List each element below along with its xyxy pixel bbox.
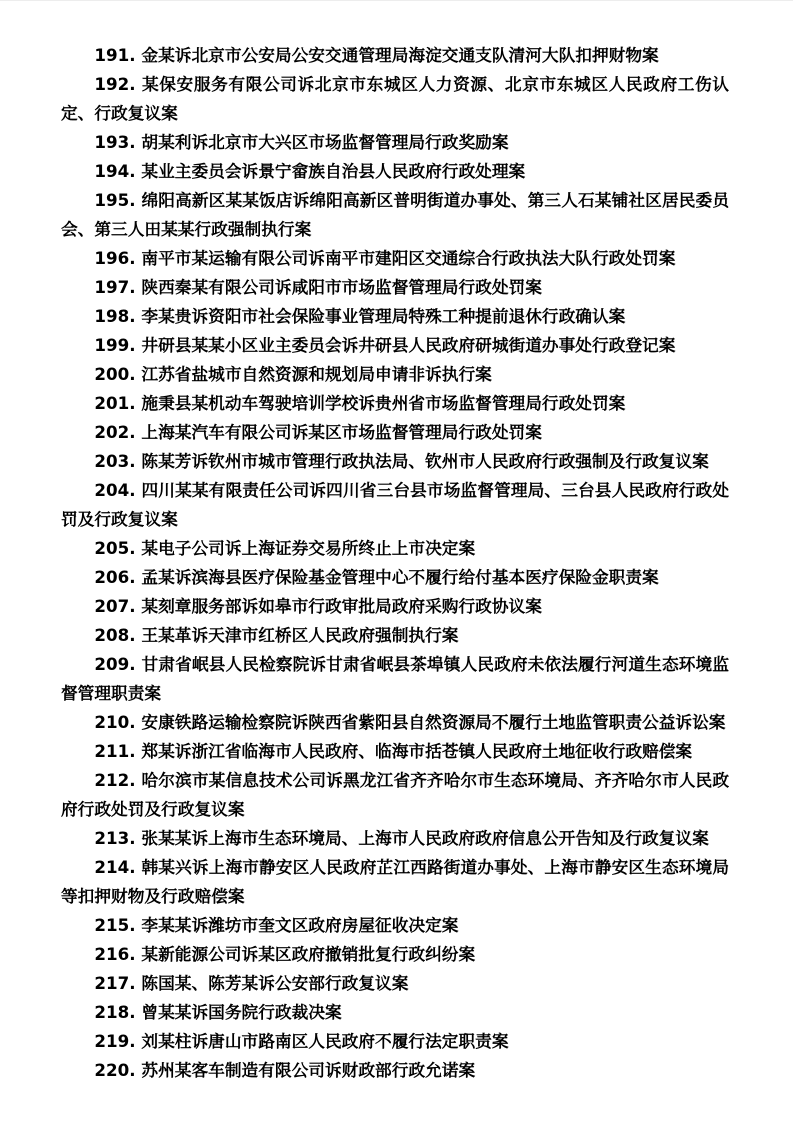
case-title: 上海某汽车有限公司诉某区市场监督管理局行政处罚案: [141, 422, 542, 442]
case-title: 刘某柱诉唐山市路南区人民政府不履行法定职责案: [141, 1031, 508, 1051]
case-item: 208. 王某革诉天津市红桥区人民政府强制执行案: [61, 621, 729, 650]
case-number: 193.: [94, 132, 135, 152]
case-number: 197.: [94, 277, 135, 297]
case-item: 191. 金某诉北京市公安局公安交通管理局海淀交通支队清河大队扣押财物案: [61, 41, 729, 70]
case-number: 214.: [94, 857, 135, 877]
case-list: 191. 金某诉北京市公安局公安交通管理局海淀交通支队清河大队扣押财物案192.…: [61, 41, 729, 1085]
case-title: 安康铁路运输检察院诉陕西省紫阳县自然资源局不履行土地监管职责公益诉讼案: [141, 712, 725, 732]
case-item: 200. 江苏省盐城市自然资源和规划局申请非诉执行案: [61, 360, 729, 389]
case-item: 211. 郑某诉浙江省临海市人民政府、临海市括苍镇人民政府土地征收行政赔偿案: [61, 737, 729, 766]
case-item: 196. 南平市某运输有限公司诉南平市建阳区交通综合行政执法大队行政处罚案: [61, 244, 729, 273]
case-number: 196.: [94, 248, 135, 268]
case-title: 胡某利诉北京市大兴区市场监督管理局行政奖励案: [141, 132, 508, 152]
case-item: 214. 韩某兴诉上海市静安区人民政府芷江西路街道办事处、上海市静安区生态环境局…: [61, 853, 729, 911]
case-number: 207.: [94, 596, 135, 616]
case-number: 208.: [94, 625, 135, 645]
case-item: 207. 某刻章服务部诉如皋市行政审批局政府采购行政协议案: [61, 592, 729, 621]
case-item: 204. 四川某某有限责任公司诉四川省三台县市场监督管理局、三台县人民政府行政处…: [61, 476, 729, 534]
case-title: 曾某某诉国务院行政裁决案: [141, 1002, 341, 1022]
case-number: 217.: [94, 973, 135, 993]
case-number: 198.: [94, 306, 135, 326]
case-number: 200.: [94, 364, 135, 384]
case-number: 218.: [94, 1002, 135, 1022]
case-item: 220. 苏州某客车制造有限公司诉财政部行政允诺案: [61, 1056, 729, 1085]
case-item: 197. 陕西秦某有限公司诉咸阳市市场监督管理局行政处罚案: [61, 273, 729, 302]
case-title: 井研县某某小区业主委员会诉井研县人民政府研城街道办事处行政登记案: [141, 335, 675, 355]
case-item: 216. 某新能源公司诉某区政府撤销批复行政纠纷案: [61, 940, 729, 969]
case-title: 陈某芳诉钦州市城市管理行政执法局、钦州市人民政府行政强制及行政复议案: [141, 451, 708, 471]
case-number: 212.: [94, 770, 135, 790]
case-title: 王某革诉天津市红桥区人民政府强制执行案: [141, 625, 458, 645]
case-title: 郑某诉浙江省临海市人民政府、临海市括苍镇人民政府土地征收行政赔偿案: [141, 741, 692, 761]
case-title: 张某某诉上海市生态环境局、上海市人民政府政府信息公开告知及行政复议案: [141, 828, 708, 848]
case-item: 195. 绵阳高新区某某饭店诉绵阳高新区普明街道办事处、第三人石某铺社区居民委员…: [61, 186, 729, 244]
case-number: 194.: [94, 161, 135, 181]
case-number: 211.: [94, 741, 135, 761]
case-title: 哈尔滨市某信息技术公司诉黑龙江省齐齐哈尔市生态环境局、齐齐哈尔市人民政府行政处罚…: [61, 770, 729, 819]
case-number: 209.: [94, 654, 135, 674]
case-item: 199. 井研县某某小区业主委员会诉井研县人民政府研城街道办事处行政登记案: [61, 331, 729, 360]
case-item: 205. 某电子公司诉上海证券交易所终止上市决定案: [61, 534, 729, 563]
case-title: 绵阳高新区某某饭店诉绵阳高新区普明街道办事处、第三人石某铺社区居民委员会、第三人…: [61, 190, 729, 239]
case-title: 江苏省盐城市自然资源和规划局申请非诉执行案: [141, 364, 491, 384]
case-number: 202.: [94, 422, 135, 442]
document-page: 191. 金某诉北京市公安局公安交通管理局海淀交通支队清河大队扣押财物案192.…: [0, 0, 793, 1122]
case-title: 某保安服务有限公司诉北京市东城区人力资源、北京市东城区人民政府工伤认定、行政复议…: [61, 74, 729, 123]
case-title: 南平市某运输有限公司诉南平市建阳区交通综合行政执法大队行政处罚案: [141, 248, 675, 268]
case-title: 四川某某有限责任公司诉四川省三台县市场监督管理局、三台县人民政府行政处罚及行政复…: [61, 480, 729, 529]
case-item: 218. 曾某某诉国务院行政裁决案: [61, 998, 729, 1027]
case-title: 甘肃省岷县人民检察院诉甘肃省岷县茶埠镇人民政府未依法履行河道生态环境监督管理职责…: [61, 654, 729, 703]
case-title: 陈国某、陈芳某诉公安部行政复议案: [141, 973, 408, 993]
case-title: 韩某兴诉上海市静安区人民政府芷江西路街道办事处、上海市静安区生态环境局等扣押财物…: [61, 857, 729, 906]
case-title: 某新能源公司诉某区政府撤销批复行政纠纷案: [141, 944, 475, 964]
case-number: 201.: [94, 393, 135, 413]
case-number: 220.: [94, 1060, 135, 1080]
case-title: 孟某诉滨海县医疗保险基金管理中心不履行给付基本医疗保险金职责案: [141, 567, 658, 587]
case-item: 215. 李某某诉潍坊市奎文区政府房屋征收决定案: [61, 911, 729, 940]
case-number: 213.: [94, 828, 135, 848]
case-item: 217. 陈国某、陈芳某诉公安部行政复议案: [61, 969, 729, 998]
case-number: 215.: [94, 915, 135, 935]
case-number: 192.: [94, 74, 135, 94]
case-item: 212. 哈尔滨市某信息技术公司诉黑龙江省齐齐哈尔市生态环境局、齐齐哈尔市人民政…: [61, 766, 729, 824]
case-item: 209. 甘肃省岷县人民检察院诉甘肃省岷县茶埠镇人民政府未依法履行河道生态环境监…: [61, 650, 729, 708]
case-title: 金某诉北京市公安局公安交通管理局海淀交通支队清河大队扣押财物案: [141, 45, 658, 65]
case-item: 198. 李某贵诉资阳市社会保险事业管理局特殊工种提前退休行政确认案: [61, 302, 729, 331]
case-number: 206.: [94, 567, 135, 587]
case-item: 219. 刘某柱诉唐山市路南区人民政府不履行法定职责案: [61, 1027, 729, 1056]
case-number: 195.: [94, 190, 135, 210]
case-title: 某业主委员会诉景宁畲族自治县人民政府行政处理案: [141, 161, 525, 181]
case-number: 210.: [94, 712, 135, 732]
case-number: 205.: [94, 538, 135, 558]
case-item: 210. 安康铁路运输检察院诉陕西省紫阳县自然资源局不履行土地监管职责公益诉讼案: [61, 708, 729, 737]
case-title: 苏州某客车制造有限公司诉财政部行政允诺案: [141, 1060, 475, 1080]
case-title: 某刻章服务部诉如皋市行政审批局政府采购行政协议案: [141, 596, 542, 616]
case-title: 施秉县某机动车驾驶培训学校诉贵州省市场监督管理局行政处罚案: [141, 393, 625, 413]
case-number: 191.: [94, 45, 135, 65]
case-title: 李某某诉潍坊市奎文区政府房屋征收决定案: [141, 915, 458, 935]
case-number: 216.: [94, 944, 135, 964]
case-item: 194. 某业主委员会诉景宁畲族自治县人民政府行政处理案: [61, 157, 729, 186]
case-item: 203. 陈某芳诉钦州市城市管理行政执法局、钦州市人民政府行政强制及行政复议案: [61, 447, 729, 476]
case-item: 201. 施秉县某机动车驾驶培训学校诉贵州省市场监督管理局行政处罚案: [61, 389, 729, 418]
case-item: 193. 胡某利诉北京市大兴区市场监督管理局行政奖励案: [61, 128, 729, 157]
case-item: 192. 某保安服务有限公司诉北京市东城区人力资源、北京市东城区人民政府工伤认定…: [61, 70, 729, 128]
case-title: 某电子公司诉上海证券交易所终止上市决定案: [141, 538, 475, 558]
case-title: 李某贵诉资阳市社会保险事业管理局特殊工种提前退休行政确认案: [141, 306, 625, 326]
case-item: 202. 上海某汽车有限公司诉某区市场监督管理局行政处罚案: [61, 418, 729, 447]
case-item: 206. 孟某诉滨海县医疗保险基金管理中心不履行给付基本医疗保险金职责案: [61, 563, 729, 592]
case-number: 204.: [94, 480, 135, 500]
case-number: 219.: [94, 1031, 135, 1051]
case-number: 203.: [94, 451, 135, 471]
case-item: 213. 张某某诉上海市生态环境局、上海市人民政府政府信息公开告知及行政复议案: [61, 824, 729, 853]
case-number: 199.: [94, 335, 135, 355]
case-title: 陕西秦某有限公司诉咸阳市市场监督管理局行政处罚案: [141, 277, 542, 297]
